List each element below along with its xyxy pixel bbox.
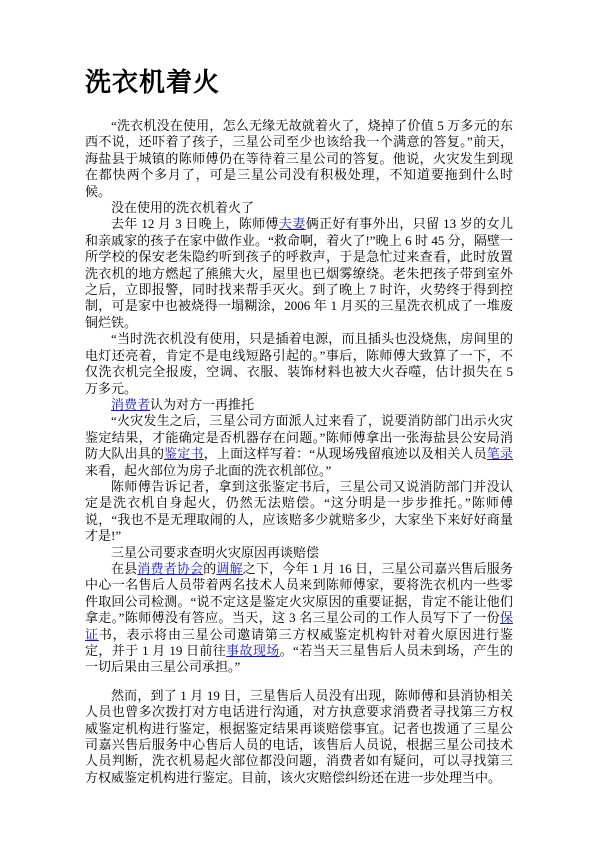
article-paragraph: 在县消费者协会的调解之下，今年 1 月 16 日，三星公司嘉兴售后服务中心一名售… xyxy=(85,561,513,676)
article-paragraph: 去年 12 月 3 日晚上，陈师傅夫妻俩正好有事外出，只留 13 岁的女儿和亲戚… xyxy=(85,216,513,331)
text-run: 陈师傅告诉记者，拿到这张鉴定书后，三星公司又说消防部门并没认定是洗衣机自身起火，… xyxy=(85,479,513,543)
hyperlink[interactable]: 事故现场 xyxy=(226,643,280,658)
text-run: 三星公司要求查明火灾原因再谈赔偿 xyxy=(111,545,319,560)
article-paragraph: 陈师傅告诉记者，拿到这张鉴定书后，三星公司又说消防部门并没认定是洗衣机自身起火，… xyxy=(85,479,513,545)
hyperlink[interactable]: 笔录 xyxy=(487,446,513,461)
hyperlink[interactable]: 消费者协会 xyxy=(137,561,203,576)
text-run: 认为对方一再推托 xyxy=(150,397,254,412)
article-body: “洗衣机没在使用，怎么无缘无故就着火了，烧掉了价值 5 万多元的东西不说，还吓着… xyxy=(85,118,513,786)
document-title: 洗衣机着火 xyxy=(85,66,513,100)
text-run: ，上面这样写着：“从现场残留痕迹以及相关人员 xyxy=(204,446,487,461)
article-paragraph: “洗衣机没在使用，怎么无缘无故就着火了，烧掉了价值 5 万多元的东西不说，还吓着… xyxy=(85,118,513,200)
article-subheading: 消费者认为对方一再推托 xyxy=(85,397,513,413)
document-page: 洗衣机着火 “洗衣机没在使用，怎么无缘无故就着火了，烧掉了价值 5 万多元的东西… xyxy=(0,0,595,842)
document-content: 洗衣机着火 “洗衣机没在使用，怎么无缘无故就着火了，烧掉了价值 5 万多元的东西… xyxy=(85,66,513,786)
text-run: “当时洗衣机没有使用，只是插着电源，而且插头也没烧焦，房间里的电灯还亮着，肯定不… xyxy=(85,331,513,395)
text-run: 没在使用的洗衣机着火了 xyxy=(111,200,254,215)
text-run: 然而，到了 1 月 19 日，三星售后人员没有出现，陈师傅和县消协相关人员也曾多… xyxy=(85,688,513,785)
article-paragraph: “当时洗衣机没有使用，只是插着电源，而且插头也没烧焦，房间里的电灯还亮着，肯定不… xyxy=(85,331,513,397)
hyperlink[interactable]: 鉴定书 xyxy=(164,446,204,461)
article-subheading: 没在使用的洗衣机着火了 xyxy=(85,200,513,216)
text-run: 来看，起火部位为房子北面的洗衣机部位。” xyxy=(85,463,331,478)
text-run: 在县 xyxy=(111,561,137,576)
text-run: 俩正好有事外出，只留 13 岁的女儿和亲戚家的孩子在家中做作业。“救命啊，着火了… xyxy=(85,216,513,329)
hyperlink[interactable]: 消费者 xyxy=(111,397,150,412)
text-run: 去年 12 月 3 日晚上，陈师傅 xyxy=(111,216,279,231)
hyperlink[interactable]: 夫妻 xyxy=(279,216,306,231)
text-run: 的 xyxy=(203,561,216,576)
article-paragraph: “火灾发生之后，三星公司方面派人过来看了，说要消防部门出示火灾鉴定结果，才能确定… xyxy=(85,413,513,479)
article-paragraph: 然而，到了 1 月 19 日，三星售后人员没有出现，陈师傅和县消协相关人员也曾多… xyxy=(85,688,513,786)
text-run: “洗衣机没在使用，怎么无缘无故就着火了，烧掉了价值 5 万多元的东西不说，还吓着… xyxy=(85,118,513,199)
article-subheading: 三星公司要求查明火灾原因再谈赔偿 xyxy=(85,545,513,561)
hyperlink[interactable]: 调解 xyxy=(216,561,242,576)
